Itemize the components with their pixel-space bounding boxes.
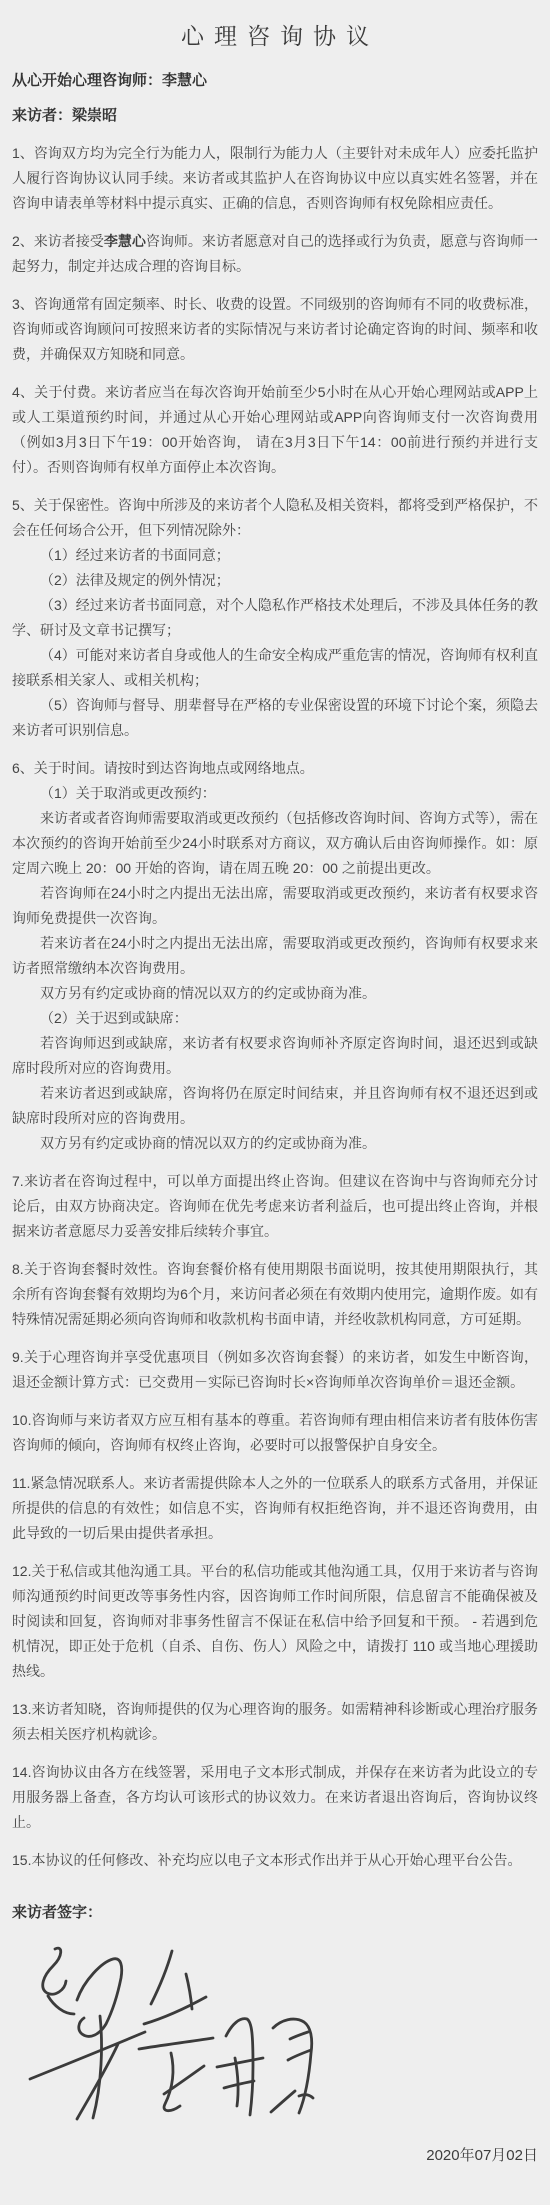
clause-paragraph: 双方另有约定或协商的情况以双方的约定或协商为准。 <box>12 1131 538 1156</box>
clause-paragraph: （1）关于取消或更改预约： <box>12 781 538 806</box>
clause-paragraph: 13.来访者知晓，咨询师提供的仅为心理咨询的服务。如需精神科诊断或心理治疗服务须… <box>12 1697 538 1747</box>
clause-paragraph: 来访者或者咨询师需要取消或更改预约（包括修改咨询时间、咨询方式等），需在本次预约… <box>12 806 538 881</box>
clause-paragraph: 10.咨询师与来访者双方应互相有基本的尊重。若咨询师有理由相信来访者有肢体伤害咨… <box>12 1408 538 1458</box>
clause-paragraph: 双方另有约定或协商的情况以双方的约定或协商为准。 <box>12 981 538 1006</box>
clause-paragraph: 6、关于时间。请按时到达咨询地点或网络地点。 <box>12 756 538 781</box>
clause-text: （4）可能对来访者自身或他人的生命安全构成严重危害的情况，咨询师有权利直接联系相… <box>12 647 538 688</box>
clauses-container: 1、咨询双方均为完全行为能力人，限制行为能力人（主要针对未成年人）应委托监护人履… <box>12 141 538 1873</box>
clause-text: 若来访者在24小时之内提出无法出席，需要取消或更改预约，咨询师有权要求来访者照常… <box>12 935 538 976</box>
clause-text: （1）经过来访者的书面同意； <box>40 547 230 563</box>
clause-paragraph: 4、关于付费。来访者应当在每次咨询开始前至少5小时在从心开始心理网站或APP上或… <box>12 380 538 480</box>
clause-text: 13.来访者知晓，咨询师提供的仅为心理咨询的服务。如需精神科诊断或心理治疗服务须… <box>12 1701 538 1742</box>
emphasized-text: 李慧心 <box>104 233 146 249</box>
clause-text: 2、来访者接受 <box>12 233 104 249</box>
clause-paragraph: 若来访者迟到或缺席，咨询将仍在原定时间结束，并且咨询师有权不退还迟到或缺席时段所… <box>12 1081 538 1131</box>
clause: 10.咨询师与来访者双方应互相有基本的尊重。若咨询师有理由相信来访者有肢体伤害咨… <box>12 1408 538 1458</box>
clause-text: （5）咨询师与督导、朋辈督导在严格的专业保密设置的环境下讨论个案，须隐去来访者可… <box>12 697 538 738</box>
clause-text: 12.关于私信或其他沟通工具。平台的私信功能或其他沟通工具，仅用于来访者与咨询师… <box>12 1563 538 1679</box>
clause-text: 双方另有约定或协商的情况以双方的约定或协商为准。 <box>40 1135 376 1151</box>
clause-text: （2）法律及规定的例外情况； <box>40 572 230 588</box>
clause-text: 8.关于咨询套餐时效性。咨询套餐价格有使用期限书面说明，按其使用期限执行，其余所… <box>12 1261 538 1327</box>
visitor-signature <box>22 1936 538 2126</box>
clause: 5、关于保密性。咨询中所涉及的来访者个人隐私及相关资料，都将受到严格保护，不会在… <box>12 493 538 743</box>
clause: 2、来访者接受李慧心咨询师。来访者愿意对自己的选择或行为负责，愿意与咨询师一起努… <box>12 229 538 279</box>
clause: 14.咨询协议由各方在线签署，采用电子文本形式制成，并保存在来访者为此设立的专用… <box>12 1760 538 1835</box>
clause: 4、关于付费。来访者应当在每次咨询开始前至少5小时在从心开始心理网站或APP上或… <box>12 380 538 480</box>
visitor-line: 来访者：梁崇昭 <box>12 106 538 126</box>
clause-text: 9.关于心理咨询并享受优惠项目（例如多次咨询套餐）的来访者，如发生中断咨询，退还… <box>12 1349 538 1390</box>
agreement-date: 2020年07月02日 <box>12 2144 538 2165</box>
clause: 13.来访者知晓，咨询师提供的仅为心理咨询的服务。如需精神科诊断或心理治疗服务须… <box>12 1697 538 1747</box>
clause-text: 1、咨询双方均为完全行为能力人，限制行为能力人（主要针对未成年人）应委托监护人履… <box>12 145 538 211</box>
clause-paragraph: （5）咨询师与督导、朋辈督导在严格的专业保密设置的环境下讨论个案，须隐去来访者可… <box>12 693 538 743</box>
clause: 1、咨询双方均为完全行为能力人，限制行为能力人（主要针对未成年人）应委托监护人履… <box>12 141 538 216</box>
clause-paragraph: 若咨询师迟到或缺席，来访者有权要求咨询师补齐原定咨询时间，退还迟到或缺席时段所对… <box>12 1031 538 1081</box>
clause-text: 3、咨询通常有固定频率、时长、收费的设置。不同级别的咨询师有不同的收费标准，咨询… <box>12 296 538 362</box>
clause-text: 双方另有约定或协商的情况以双方的约定或协商为准。 <box>40 985 376 1001</box>
page-title: 心理咨询协议 <box>12 18 538 51</box>
clause-paragraph: 若咨询师在24小时之内提出无法出席，需要取消或更改预约，来访者有权要求咨询师免费… <box>12 881 538 931</box>
clause: 9.关于心理咨询并享受优惠项目（例如多次咨询套餐）的来访者，如发生中断咨询，退还… <box>12 1345 538 1395</box>
clause-paragraph: 9.关于心理咨询并享受优惠项目（例如多次咨询套餐）的来访者，如发生中断咨询，退还… <box>12 1345 538 1395</box>
clause-paragraph: （2）关于迟到或缺席： <box>12 1006 538 1031</box>
clause-paragraph: 15.本协议的任何修改、补充均应以电子文本形式作出并于从心开始心理平台公告。 <box>12 1848 538 1873</box>
clause: 8.关于咨询套餐时效性。咨询套餐价格有使用期限书面说明，按其使用期限执行，其余所… <box>12 1257 538 1332</box>
clause-text: （2）关于迟到或缺席： <box>40 1010 188 1026</box>
clause-text: （1）关于取消或更改预约： <box>40 785 216 801</box>
clause-text: 若来访者迟到或缺席，咨询将仍在原定时间结束，并且咨询师有权不退还迟到或缺席时段所… <box>12 1085 538 1126</box>
clause-text: 11.紧急情况联系人。来访者需提供除本人之外的一位联系人的联系方式备用，并保证所… <box>12 1475 538 1541</box>
clause-text: 6、关于时间。请按时到达咨询地点或网络地点。 <box>12 760 314 776</box>
clause-text: 4、关于付费。来访者应当在每次咨询开始前至少5小时在从心开始心理网站或APP上或… <box>12 384 538 475</box>
clause: 12.关于私信或其他沟通工具。平台的私信功能或其他沟通工具，仅用于来访者与咨询师… <box>12 1559 538 1684</box>
clause-text: 15.本协议的任何修改、补充均应以电子文本形式作出并于从心开始心理平台公告。 <box>12 1852 521 1868</box>
clause-paragraph: （2）法律及规定的例外情况； <box>12 568 538 593</box>
agreement-document: 心理咨询协议 从心开始心理咨询师：李慧心 来访者：梁崇昭 1、咨询双方均为完全行… <box>0 0 550 2205</box>
clause-paragraph: 14.咨询协议由各方在线签署，采用电子文本形式制成，并保存在来访者为此设立的专用… <box>12 1760 538 1835</box>
clause-text: 若咨询师在24小时之内提出无法出席，需要取消或更改预约，来访者有权要求咨询师免费… <box>12 885 538 926</box>
clause: 15.本协议的任何修改、补充均应以电子文本形式作出并于从心开始心理平台公告。 <box>12 1848 538 1873</box>
clause: 7.来访者在咨询过程中，可以单方面提出终止咨询。但建议在咨询中与咨询师充分讨论后… <box>12 1169 538 1244</box>
clause-paragraph: 7.来访者在咨询过程中，可以单方面提出终止咨询。但建议在咨询中与咨询师充分讨论后… <box>12 1169 538 1244</box>
clause-paragraph: 若来访者在24小时之内提出无法出席，需要取消或更改预约，咨询师有权要求来访者照常… <box>12 931 538 981</box>
clause: 11.紧急情况联系人。来访者需提供除本人之外的一位联系人的联系方式备用，并保证所… <box>12 1471 538 1546</box>
clause-text: 14.咨询协议由各方在线签署，采用电子文本形式制成，并保存在来访者为此设立的专用… <box>12 1764 538 1830</box>
clause-paragraph: （3）经过来访者书面同意，对个人隐私作严格技术处理后，不涉及具体任务的教学、研讨… <box>12 593 538 643</box>
signature-ink-image <box>22 1936 322 2126</box>
clause-text: 若咨询师迟到或缺席，来访者有权要求咨询师补齐原定咨询时间，退还迟到或缺席时段所对… <box>12 1035 538 1076</box>
clause-paragraph: 3、咨询通常有固定频率、时长、收费的设置。不同级别的咨询师有不同的收费标准，咨询… <box>12 292 538 367</box>
clause-text: 来访者或者咨询师需要取消或更改预约（包括修改咨询时间、咨询方式等），需在本次预约… <box>12 810 538 876</box>
clause-paragraph: 11.紧急情况联系人。来访者需提供除本人之外的一位联系人的联系方式备用，并保证所… <box>12 1471 538 1546</box>
clause-paragraph: （4）可能对来访者自身或他人的生命安全构成严重危害的情况，咨询师有权利直接联系相… <box>12 643 538 693</box>
clause-paragraph: 5、关于保密性。咨询中所涉及的来访者个人隐私及相关资料，都将受到严格保护，不会在… <box>12 493 538 543</box>
clause-text: 10.咨询师与来访者双方应互相有基本的尊重。若咨询师有理由相信来访者有肢体伤害咨… <box>12 1412 538 1453</box>
clause-paragraph: 1、咨询双方均为完全行为能力人，限制行为能力人（主要针对未成年人）应委托监护人履… <box>12 141 538 216</box>
clause-paragraph: 2、来访者接受李慧心咨询师。来访者愿意对自己的选择或行为负责，愿意与咨询师一起努… <box>12 229 538 279</box>
clause-text: 7.来访者在咨询过程中，可以单方面提出终止咨询。但建议在咨询中与咨询师充分讨论后… <box>12 1173 538 1239</box>
signature-label: 来访者签字： <box>12 1901 538 1922</box>
clause: 3、咨询通常有固定频率、时长、收费的设置。不同级别的咨询师有不同的收费标准，咨询… <box>12 292 538 367</box>
clause: 6、关于时间。请按时到达咨询地点或网络地点。（1）关于取消或更改预约：来访者或者… <box>12 756 538 1156</box>
counselor-line: 从心开始心理咨询师：李慧心 <box>12 71 538 91</box>
clause-paragraph: （1）经过来访者的书面同意； <box>12 543 538 568</box>
clause-paragraph: 12.关于私信或其他沟通工具。平台的私信功能或其他沟通工具，仅用于来访者与咨询师… <box>12 1559 538 1684</box>
clause-text: （3）经过来访者书面同意，对个人隐私作严格技术处理后，不涉及具体任务的教学、研讨… <box>12 597 538 638</box>
clause-paragraph: 8.关于咨询套餐时效性。咨询套餐价格有使用期限书面说明，按其使用期限执行，其余所… <box>12 1257 538 1332</box>
clause-text: 5、关于保密性。咨询中所涉及的来访者个人隐私及相关资料，都将受到严格保护，不会在… <box>12 497 538 538</box>
